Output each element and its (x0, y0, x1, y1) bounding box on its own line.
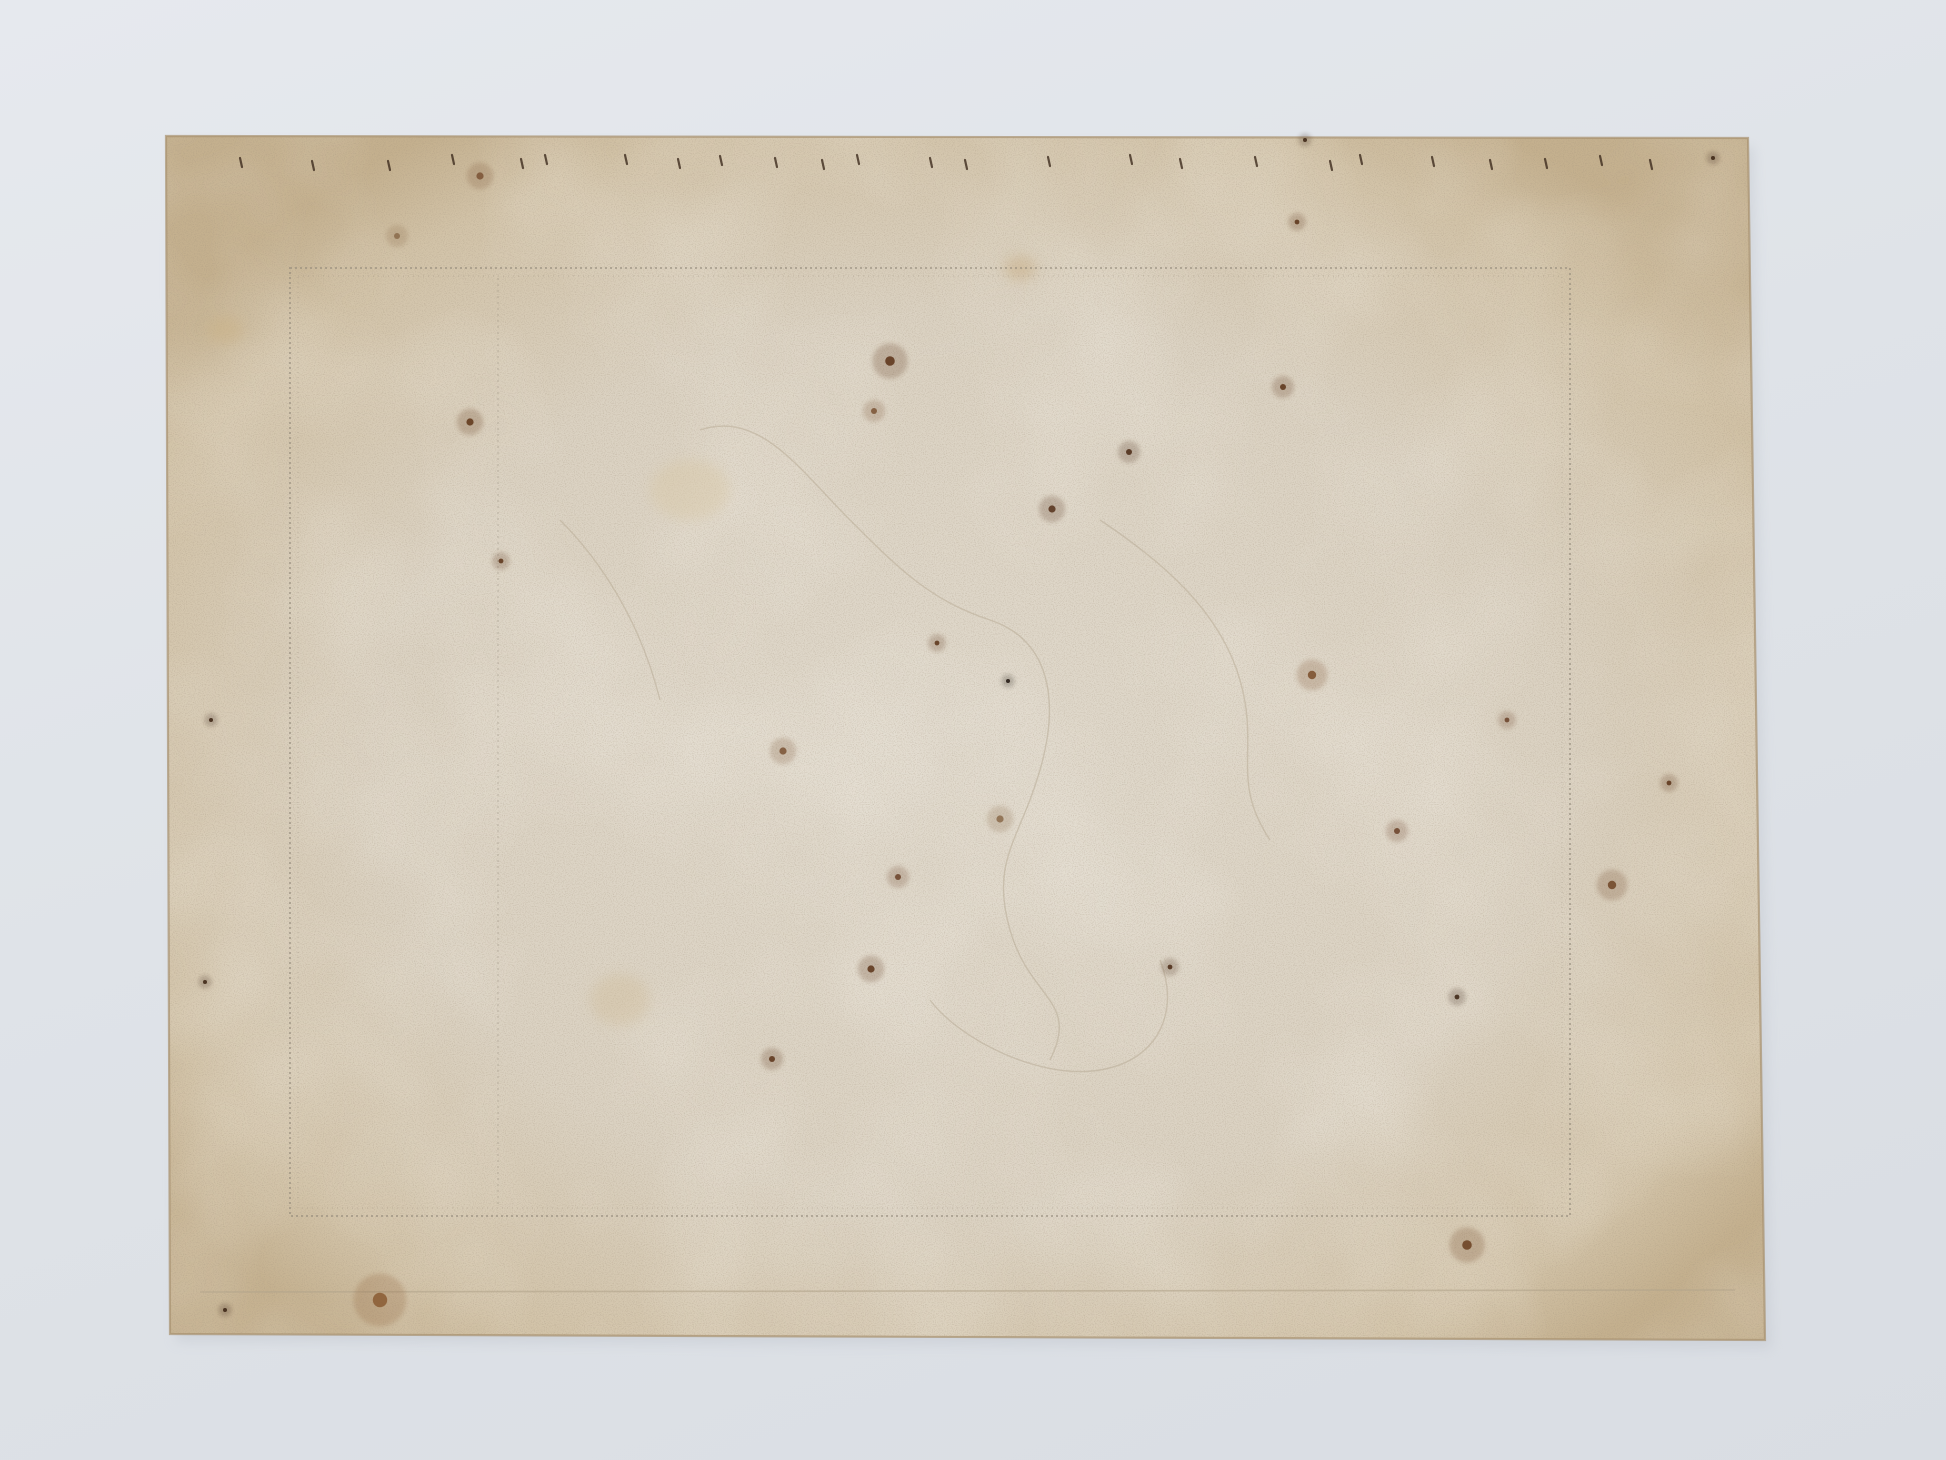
stain (207, 316, 243, 344)
foxing-spot (885, 356, 895, 366)
stain (650, 460, 730, 520)
foxing-spot (779, 747, 786, 754)
foxing-spot (203, 980, 207, 984)
foxing-spot (1295, 220, 1300, 225)
aged-paper-illustration (0, 0, 1946, 1460)
foxing-spot (1394, 828, 1400, 834)
foxing-spot (466, 418, 473, 425)
foxing-spot (1462, 1240, 1472, 1250)
foxing-spot (871, 408, 877, 414)
photo-scene (0, 0, 1946, 1460)
foxing-spot (1711, 156, 1715, 160)
foxing-spot (1505, 718, 1510, 723)
foxing-spot (1608, 881, 1616, 889)
foxing-spot (1280, 384, 1286, 390)
foxing-spot (895, 874, 901, 880)
foxing-spot (394, 233, 400, 239)
foxing-spot (1303, 138, 1307, 142)
foxing-spot (223, 1308, 227, 1312)
paper-grain (166, 136, 1765, 1340)
foxing-spot (1308, 671, 1316, 679)
foxing-spot (1455, 995, 1460, 1000)
foxing-spot (1168, 965, 1173, 970)
foxing-spot (1006, 679, 1010, 683)
foxing-spot (1126, 449, 1132, 455)
foxing-spot (867, 965, 874, 972)
foxing-spot (996, 815, 1003, 822)
foxing-spot (209, 718, 213, 722)
foxing-spot (373, 1293, 387, 1307)
foxing-spot (476, 172, 483, 179)
foxing-spot (1048, 505, 1055, 512)
foxing-spot (769, 1056, 775, 1062)
stain (590, 974, 650, 1026)
foxing-spot (499, 559, 504, 564)
foxing-spot (1667, 781, 1672, 786)
foxing-spot (935, 641, 940, 646)
